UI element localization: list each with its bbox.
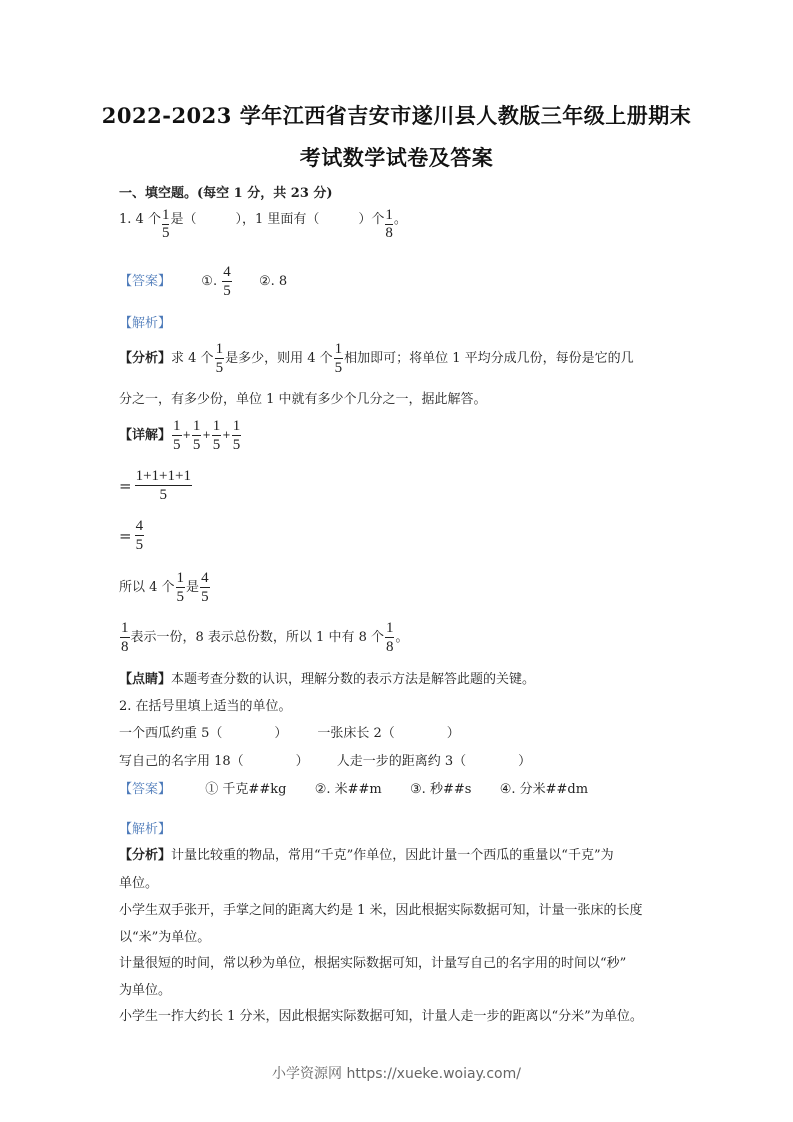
q2-item: 一张床长 2（ ） [317, 726, 459, 741]
fraction: 15 [215, 341, 225, 376]
q1-step2: =1+1+1+15 [119, 468, 193, 503]
fraction: 15 [172, 418, 182, 453]
document-page: 2022-2023 学年江西省吉安市遂川县人教版三年级上册期末 考试数学试卷及答… [0, 0, 793, 1122]
q2-para4-line1: 小学生一拃大约长 1 分米，因此根据实际数据可知，计量人走一步的距离以“分米”为… [119, 1005, 643, 1024]
q2-para3-line1: 计量很短的时间，常以秒为单位，根据实际数据可知，计量写自己的名字用的时间以“秒” [119, 952, 626, 971]
fraction: 15 [192, 418, 202, 453]
fraction: 15 [176, 570, 186, 605]
section-heading: 一、填空题。(每空 1 分，共 23 分) [119, 182, 333, 201]
q2-para3-line2: 为单位。 [119, 979, 171, 998]
question-text: 是（ ），1 里面有（ ）个 [170, 212, 384, 227]
fenxi-label: 【分析】 [119, 848, 171, 863]
question-1: 1. 4 个15是（ ），1 里面有（ ）个18。 [119, 207, 407, 241]
q2-fenxi-line2: 单位。 [119, 872, 158, 891]
q1-answer: 【答案】 ①. 45 ②. 8 [119, 264, 287, 299]
fraction: 15 [162, 207, 170, 241]
q2-item: 写自己的名字用 18（ ） [119, 754, 309, 769]
document-title-line2: 考试数学试卷及答案 [0, 142, 793, 172]
answer-marker: ①. [201, 274, 217, 289]
q1-explanation: 18表示一份，8 表示总份数，所以 1 中有 8 个18。 [119, 620, 409, 655]
fraction: 45 [200, 570, 210, 605]
question-number: 1. [119, 212, 131, 227]
q1-fenxi-line2: 分之一，有多少份，单位 1 中就有多少个几分之一，据此解答。 [119, 388, 487, 407]
dianjing-label: 【点睛】 [119, 672, 171, 687]
q1-fenxi: 【分析】求 4 个15是多少，则用 4 个15相加即可；将单位 1 平均分成几份… [119, 341, 634, 376]
answer-label: 【答案】 [119, 274, 171, 289]
q1-dianjing: 【点睛】本题考查分数的认识，理解分数的表示方法是解答此题的关键。 [119, 668, 535, 687]
q1-conclusion: 所以 4 个15是45 [119, 570, 211, 605]
fraction: 45 [135, 518, 145, 553]
q2-items-row2: 写自己的名字用 18（ ）人走一步的距离约 3（ ） [119, 750, 531, 769]
question-2: 2. 在括号里填上适当的单位。 [119, 695, 292, 714]
answer-value: ④. 分米##dm [500, 782, 588, 797]
q1-xiangjie: 【详解】15+15+15+15 [119, 418, 242, 453]
q1-step3: =45 [119, 518, 145, 553]
fraction: 15 [212, 418, 222, 453]
fraction: 18 [385, 620, 395, 655]
q2-items-row1: 一个西瓜约重 5（ ）一张床长 2（ ） [119, 722, 460, 741]
fraction: 45 [222, 264, 232, 299]
fraction: 15 [334, 341, 344, 376]
answer-value: ③. 秒##s [410, 782, 471, 797]
question-text: 4 个 [136, 212, 161, 227]
fraction: 15 [232, 418, 242, 453]
analysis-label: 【解析】 [119, 818, 171, 837]
q2-para2-line1: 小学生双手张开，手掌之间的距离大约是 1 米，因此根据实际数据可知，计量一张床的… [119, 899, 643, 918]
q2-item: 一个西瓜约重 5（ ） [119, 726, 287, 741]
q2-item: 人走一步的距离约 3（ ） [337, 754, 531, 769]
fraction: 18 [120, 620, 130, 655]
answer-value: ②. 米##m [315, 782, 382, 797]
footer-watermark: 小学资源网 https://xueke.woiay.com/ [0, 1063, 793, 1083]
fenxi-label: 【分析】 [119, 351, 171, 366]
answer-label: 【答案】 [119, 782, 171, 797]
q2-fenxi: 【分析】计量比较重的物品，常用“千克”作单位，因此计量一个西瓜的重量以“千克”为 [119, 844, 614, 863]
answer-value: ① 千克##kg [205, 782, 286, 797]
xiangjie-label: 【详解】 [119, 428, 171, 443]
document-title-line1: 2022-2023 学年江西省吉安市遂川县人教版三年级上册期末 [0, 100, 793, 130]
q2-answer: 【答案】 ① 千克##kg ②. 米##m ③. 秒##s ④. 分米##dm [119, 778, 588, 797]
q2-para2-line2: 以“米”为单位。 [119, 926, 210, 945]
fraction: 1+1+1+15 [135, 468, 192, 503]
answer-value: ②. 8 [259, 274, 287, 289]
fraction: 18 [385, 207, 393, 241]
analysis-label: 【解析】 [119, 312, 171, 331]
